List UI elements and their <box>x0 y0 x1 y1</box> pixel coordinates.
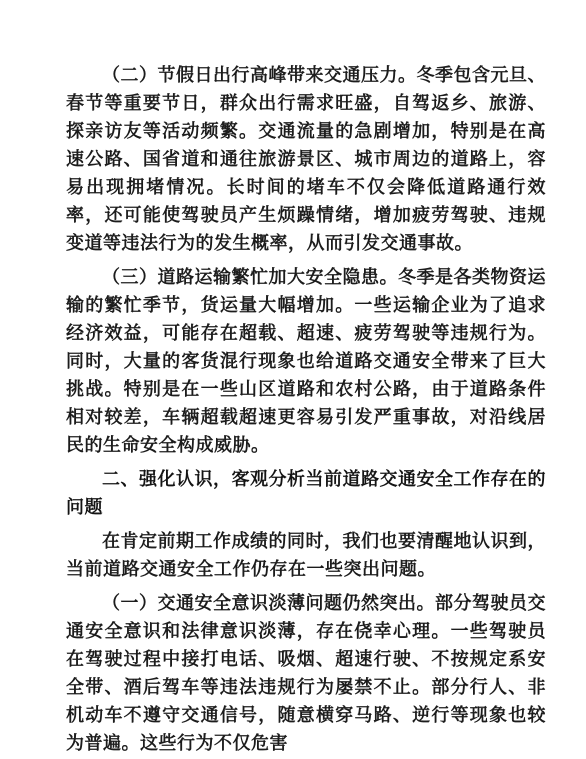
paragraph-transport-safety-risk: （三）道路运输繁忙加大安全隐患。冬季是各类物资运输的繁忙季节，货运量大幅增加。一… <box>66 264 546 460</box>
paragraph-weak-safety-awareness: （一）交通安全意识淡薄问题仍然突出。部分驾驶员交通安全意识和法律意识淡薄，存在侥… <box>66 590 546 758</box>
section-heading-2: 二、强化认识，客观分析当前道路交通安全工作存在的问题 <box>66 466 546 522</box>
paragraph-acknowledge-problems: 在肯定前期工作成绩的同时，我们也要清醒地认识到，当前道路交通安全工作仍存在一些突… <box>66 528 546 584</box>
document-page: （二）节假日出行高峰带来交通压力。冬季包含元旦、春节等重要节日，群众出行需求旺盛… <box>0 0 586 759</box>
paragraph-holiday-traffic-pressure: （二）节假日出行高峰带来交通压力。冬季包含元旦、春节等重要节日，群众出行需求旺盛… <box>66 62 546 258</box>
